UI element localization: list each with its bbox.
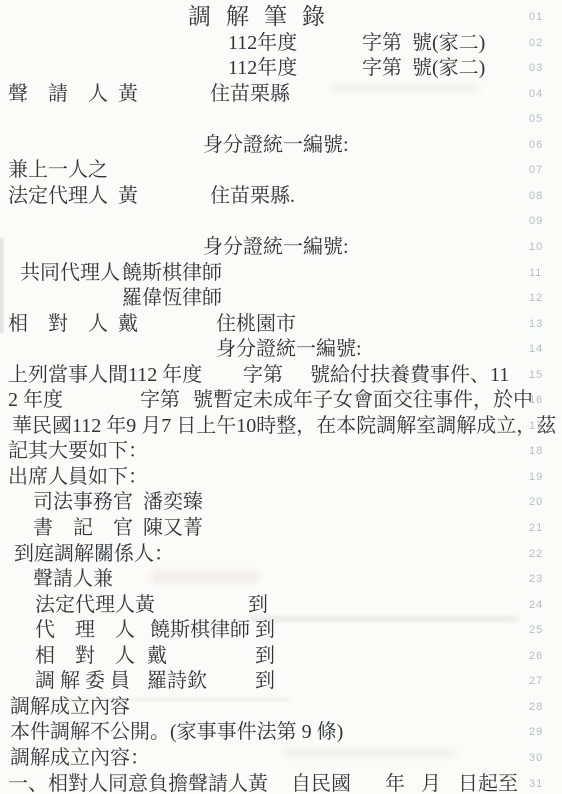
text-segment: 饒斯棋律師 [122, 260, 222, 286]
line-number: 28 [529, 694, 543, 720]
line-number: 02 [529, 30, 543, 56]
text-segment: 華民國112 年9 月7 日上午10時整，在本院調解室調解成立，茲 [12, 413, 556, 439]
line-number: 03 [529, 55, 543, 81]
text-segment: 戴 [118, 311, 138, 337]
text-segment: 出席人員如下： [8, 464, 148, 490]
text-segment: 住苗栗縣 [210, 81, 290, 107]
text-segment: 羅偉恆律師 [122, 285, 222, 311]
document-line: 112年度字第號(家二)02 [0, 30, 562, 56]
line-number: 14 [529, 336, 543, 362]
text-segment: 相 對 人 [35, 643, 135, 669]
text-segment: 記其大要如下： [8, 438, 148, 464]
text-segment: 住苗栗縣. [210, 183, 295, 209]
document-line: 華民國112 年9 月7 日上午10時整，在本院調解室調解成立，茲17 [0, 413, 562, 439]
text-segment: 書 記 官 [33, 515, 133, 541]
line-number: 07 [529, 157, 543, 183]
text-segment: 戴 [147, 643, 167, 669]
text-segment: 司法事務官 [33, 489, 133, 515]
line-number: 16 [529, 387, 543, 413]
document-line: 代 理 人饒斯棋律師到25 [0, 617, 562, 643]
document-line: 身分證統一編號:14 [0, 336, 562, 362]
document-line: 05 [0, 106, 562, 132]
text-segment: 號(家二) [412, 55, 485, 81]
line-number: 30 [529, 745, 543, 771]
document-title: 調解筆錄 [188, 4, 340, 30]
line-number: 26 [529, 643, 543, 669]
text-segment: 聲 請 人 [8, 81, 108, 107]
line-number: 31 [529, 771, 543, 794]
text-segment: 字第 [243, 362, 283, 388]
line-number: 09 [529, 208, 543, 234]
text-segment: 潘奕臻 [143, 489, 203, 515]
document-line: 調解成立內容：30 [0, 745, 562, 771]
line-number: 29 [529, 719, 543, 745]
text-segment: 身分證統一編號: [216, 336, 362, 362]
document-line: 聲請人兼23 [0, 566, 562, 592]
document-line: 到庭調解關係人：22 [0, 541, 562, 567]
line-number: 23 [529, 566, 543, 592]
text-segment: 黃 [135, 592, 155, 618]
document-line: 聲 請 人黃住苗栗縣04 [0, 81, 562, 107]
text-segment: 到 [248, 592, 268, 618]
text-segment: 字第 [140, 387, 180, 413]
line-number: 13 [529, 311, 543, 337]
line-number: 17 [529, 413, 543, 439]
text-segment: 陳又菁 [143, 515, 203, 541]
document-line: 書 記 官陳又菁21 [0, 515, 562, 541]
text-segment: 調 解 委 員 [35, 668, 130, 694]
line-number: 18 [529, 438, 543, 464]
text-segment: 字第 [362, 30, 402, 56]
text-segment: 羅詩欽 [147, 668, 207, 694]
document-line: 身分證統一編號:10 [0, 234, 562, 260]
text-segment: 黃 [118, 81, 138, 107]
line-number: 06 [529, 132, 543, 158]
text-segment: 自民國 [291, 771, 351, 794]
text-segment: 兼上一人之 [8, 157, 108, 183]
document-line: 記其大要如下：18 [0, 438, 562, 464]
line-number: 01 [529, 4, 543, 30]
text-segment: 上列當事人間112 年度 [8, 362, 202, 388]
text-segment: 月 [421, 771, 441, 794]
line-number: 05 [529, 106, 543, 132]
text-segment: 聲請人兼 [33, 566, 113, 592]
document-line: 112年度字第號(家二)03 [0, 55, 562, 81]
text-segment: 日起至 [458, 771, 518, 794]
document-line: 司法事務官潘奕臻20 [0, 489, 562, 515]
text-segment: 2 年度 [8, 387, 63, 413]
text-segment: 身分證統一編號: [203, 132, 349, 158]
text-segment: 號暫定未成年子女會面交往事件，於中 [193, 387, 533, 413]
text-segment: 黃 [118, 183, 138, 209]
line-number: 11 [529, 260, 542, 286]
line-number: 22 [529, 541, 543, 567]
text-segment: 號給付扶養費事件、11 [310, 362, 509, 388]
document-page: 調解筆錄01112年度字第號(家二)02112年度字第號(家二)03聲 請 人黃… [0, 0, 562, 794]
text-segment: 法定代理人 [35, 592, 135, 618]
document-line: 09 [0, 208, 562, 234]
text-segment: 字第 [362, 55, 402, 81]
document-line: 相 對 人戴住桃園市13 [0, 311, 562, 337]
line-number: 21 [529, 515, 543, 541]
text-segment: 本件調解不公開。(家事事件法第 9 條) [10, 719, 343, 745]
document-line: 兼上一人之07 [0, 157, 562, 183]
text-segment: 號(家二) [412, 30, 485, 56]
line-number: 19 [529, 464, 543, 490]
text-segment: 112年度 [228, 30, 297, 56]
document-line: 相 對 人戴到26 [0, 643, 562, 669]
document-line: 2 年度字第號暫定未成年子女會面交往事件，於中16 [0, 387, 562, 413]
text-segment: 到庭調解關係人： [14, 541, 174, 567]
document-line: 羅偉恆律師12 [0, 285, 562, 311]
text-segment: 法定代理人 [8, 183, 108, 209]
line-number: 20 [529, 489, 543, 515]
line-number: 04 [529, 81, 543, 107]
document-line: 上列當事人間112 年度字第號給付扶養費事件、1115 [0, 362, 562, 388]
text-segment: 到 [255, 617, 275, 643]
line-number: 25 [529, 617, 543, 643]
document-line: 共同代理人饒斯棋律師11 [0, 260, 562, 286]
line-number: 08 [529, 183, 543, 209]
text-segment: 到 [255, 643, 275, 669]
document-line: 出席人員如下：19 [0, 464, 562, 490]
text-segment: 一、相對人同意負擔聲請人黃 [8, 771, 268, 794]
text-segment: 身分證統一編號: [203, 234, 349, 260]
line-number: 15 [529, 362, 543, 388]
line-number: 12 [529, 285, 543, 311]
document-line: 調 解 委 員羅詩欽到27 [0, 668, 562, 694]
document-line: 法定代理人黃住苗栗縣.08 [0, 183, 562, 209]
text-segment: 共同代理人 [20, 260, 120, 286]
document-line: 一、相對人同意負擔聲請人黃自民國年月日起至31 [0, 771, 562, 794]
text-segment: 調解成立內容： [10, 745, 150, 771]
text-segment: 年 [385, 771, 405, 794]
text-segment: 住桃園市 [216, 311, 296, 337]
document-line: 調解筆錄01 [0, 4, 562, 30]
document-line: 調解成立內容28 [0, 694, 562, 720]
line-number: 27 [529, 668, 543, 694]
document-line: 身分證統一編號:06 [0, 132, 562, 158]
text-segment: 到 [255, 668, 275, 694]
line-number: 24 [529, 592, 543, 618]
text-segment: 112年度 [228, 55, 297, 81]
line-number: 10 [529, 234, 543, 260]
text-segment: 代 理 人 [35, 617, 135, 643]
document-line: 法定代理人黃到24 [0, 592, 562, 618]
document-line: 本件調解不公開。(家事事件法第 9 條)29 [0, 719, 562, 745]
text-segment: 相 對 人 [8, 311, 108, 337]
text-segment: 饒斯棋律師 [150, 617, 250, 643]
text-segment: 調解成立內容 [10, 694, 130, 720]
